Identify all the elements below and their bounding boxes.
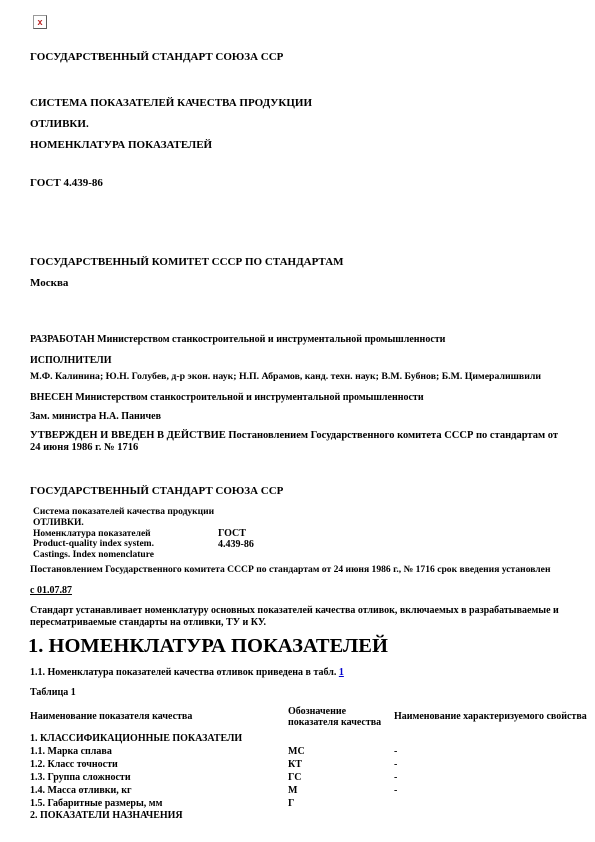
standard-name-line: Product-quality index system. [33,539,214,550]
table-body: 1. КЛАССИФИКАЦИОННЫЕ ПОКАЗАТЕЛИ 1.1. Мар… [30,733,578,823]
table-row: 2. ПОКАЗАТЕЛИ НАЗНАЧЕНИЯ [30,810,578,823]
row-name-cell: 2. ПОКАЗАТЕЛИ НАЗНАЧЕНИЯ [30,810,288,823]
indicators-table: Наименование показателя качества Обознач… [30,703,578,823]
standard-name-line: Система показателей качества продукции [33,507,214,518]
submitted-line: ВНЕСЕН Министерством станкостроительной … [30,392,424,403]
row-code-cell [288,733,394,746]
row-property-cell [394,798,578,811]
table-1-link[interactable]: 1 [339,667,344,678]
row-property-cell [394,733,578,746]
standard-name-line: Номенклатура показателей [33,529,214,540]
city-label: Москва [30,277,68,289]
row-name-cell: 1. КЛАССИФИКАЦИОННЫЕ ПОКАЗАТЕЛИ [30,733,288,746]
standard-name-block: Система показателей качества продукции О… [33,507,214,561]
row-property-cell [394,810,578,823]
row-code-cell: ГС [288,772,394,785]
developed-line: РАЗРАБОТАН Министерством станкостроитель… [30,334,445,345]
state-standard-heading-2: ГОСУДАРСТВЕННЫЙ СТАНДАРТ СОЮЗА ССР [30,485,283,497]
row-code-cell: М [288,785,394,798]
decree-line: Постановлением Государственного комитета… [30,564,550,575]
section-1-heading: 1. НОМЕНКЛАТУРА ПОКАЗАТЕЛЕЙ [28,634,388,658]
table-row: 1.1. Марка сплава МС - [30,746,578,759]
gost-number: ГОСТ 4.439-86 [30,177,103,189]
table-row: 1. КЛАССИФИКАЦИОННЫЕ ПОКАЗАТЕЛИ [30,733,578,746]
table-row: 1.2. Класс точности КТ - [30,759,578,772]
table-caption: Таблица 1 [30,687,76,698]
executors-line: М.Ф. Калинина; Ю.Н. Голубев, д-р экон. н… [30,371,541,382]
row-name-cell: 1.1. Марка сплава [30,746,288,759]
title-subject-line: ОТЛИВКИ. [30,118,89,130]
row-name-cell: 1.4. Масса отливки, кг [30,785,288,798]
header-property-name: Наименование характеризуемого свойства [394,711,578,722]
broken-image-x-glyph: x [37,18,42,27]
title-nomenclature-line: НОМЕНКЛАТУРА ПОКАЗАТЕЛЕЙ [30,139,212,151]
deputy-minister-line: Зам. министра Н.А. Паничев [30,411,161,422]
title-system-line: СИСТЕМА ПОКАЗАТЕЛЕЙ КАЧЕСТВА ПРОДУКЦИИ [30,97,312,109]
state-standard-heading: ГОСУДАРСТВЕННЫЙ СТАНДАРТ СОЮЗА ССР [30,51,283,63]
gost-code-block: ГОСТ 4.439-86 [218,528,254,550]
executors-label: ИСПОЛНИТЕЛИ [30,355,112,366]
table-row: 1.5. Габаритные размеры, мм Г [30,798,578,811]
table-header-row: Наименование показателя качества Обознач… [30,703,578,730]
table-row: 1.4. Масса отливки, кг М - [30,785,578,798]
row-property-cell: - [394,746,578,759]
row-property-cell: - [394,785,578,798]
row-code-cell [288,810,394,823]
row-name-cell: 1.5. Габаритные размеры, мм [30,798,288,811]
scope-paragraph: Стандарт устанавливает номенклатуру осно… [30,605,575,628]
paragraph-1-1: 1.1. Номенклатура показателей качества о… [30,667,344,678]
gost-code: 4.439-86 [218,539,254,550]
header-indicator-code: Обозначение показателя качества [288,706,394,728]
standard-name-line: ОТЛИВКИ. [33,518,214,529]
row-property-cell: - [394,772,578,785]
row-code-cell: Г [288,798,394,811]
row-code-cell: МС [288,746,394,759]
paragraph-1-1-text: 1.1. Номенклатура показателей качества о… [30,667,339,678]
row-name-cell: 1.3. Группа сложности [30,772,288,785]
gost-label: ГОСТ [218,528,254,539]
row-name-cell: 1.2. Класс точности [30,759,288,772]
standard-name-line: Castings. Index nomenclature [33,550,214,561]
header-indicator-name: Наименование показателя качества [30,711,288,722]
row-code-cell: КТ [288,759,394,772]
effective-date: с 01.07.87 [30,585,72,596]
row-property-cell: - [394,759,578,772]
approved-line: УТВЕРЖДЕН И ВВЕДЕН В ДЕЙСТВИЕ Постановле… [30,430,570,453]
committee-heading: ГОСУДАРСТВЕННЫЙ КОМИТЕТ СССР ПО СТАНДАРТ… [30,256,344,268]
broken-image-icon: x [33,15,47,29]
table-row: 1.3. Группа сложности ГС - [30,772,578,785]
